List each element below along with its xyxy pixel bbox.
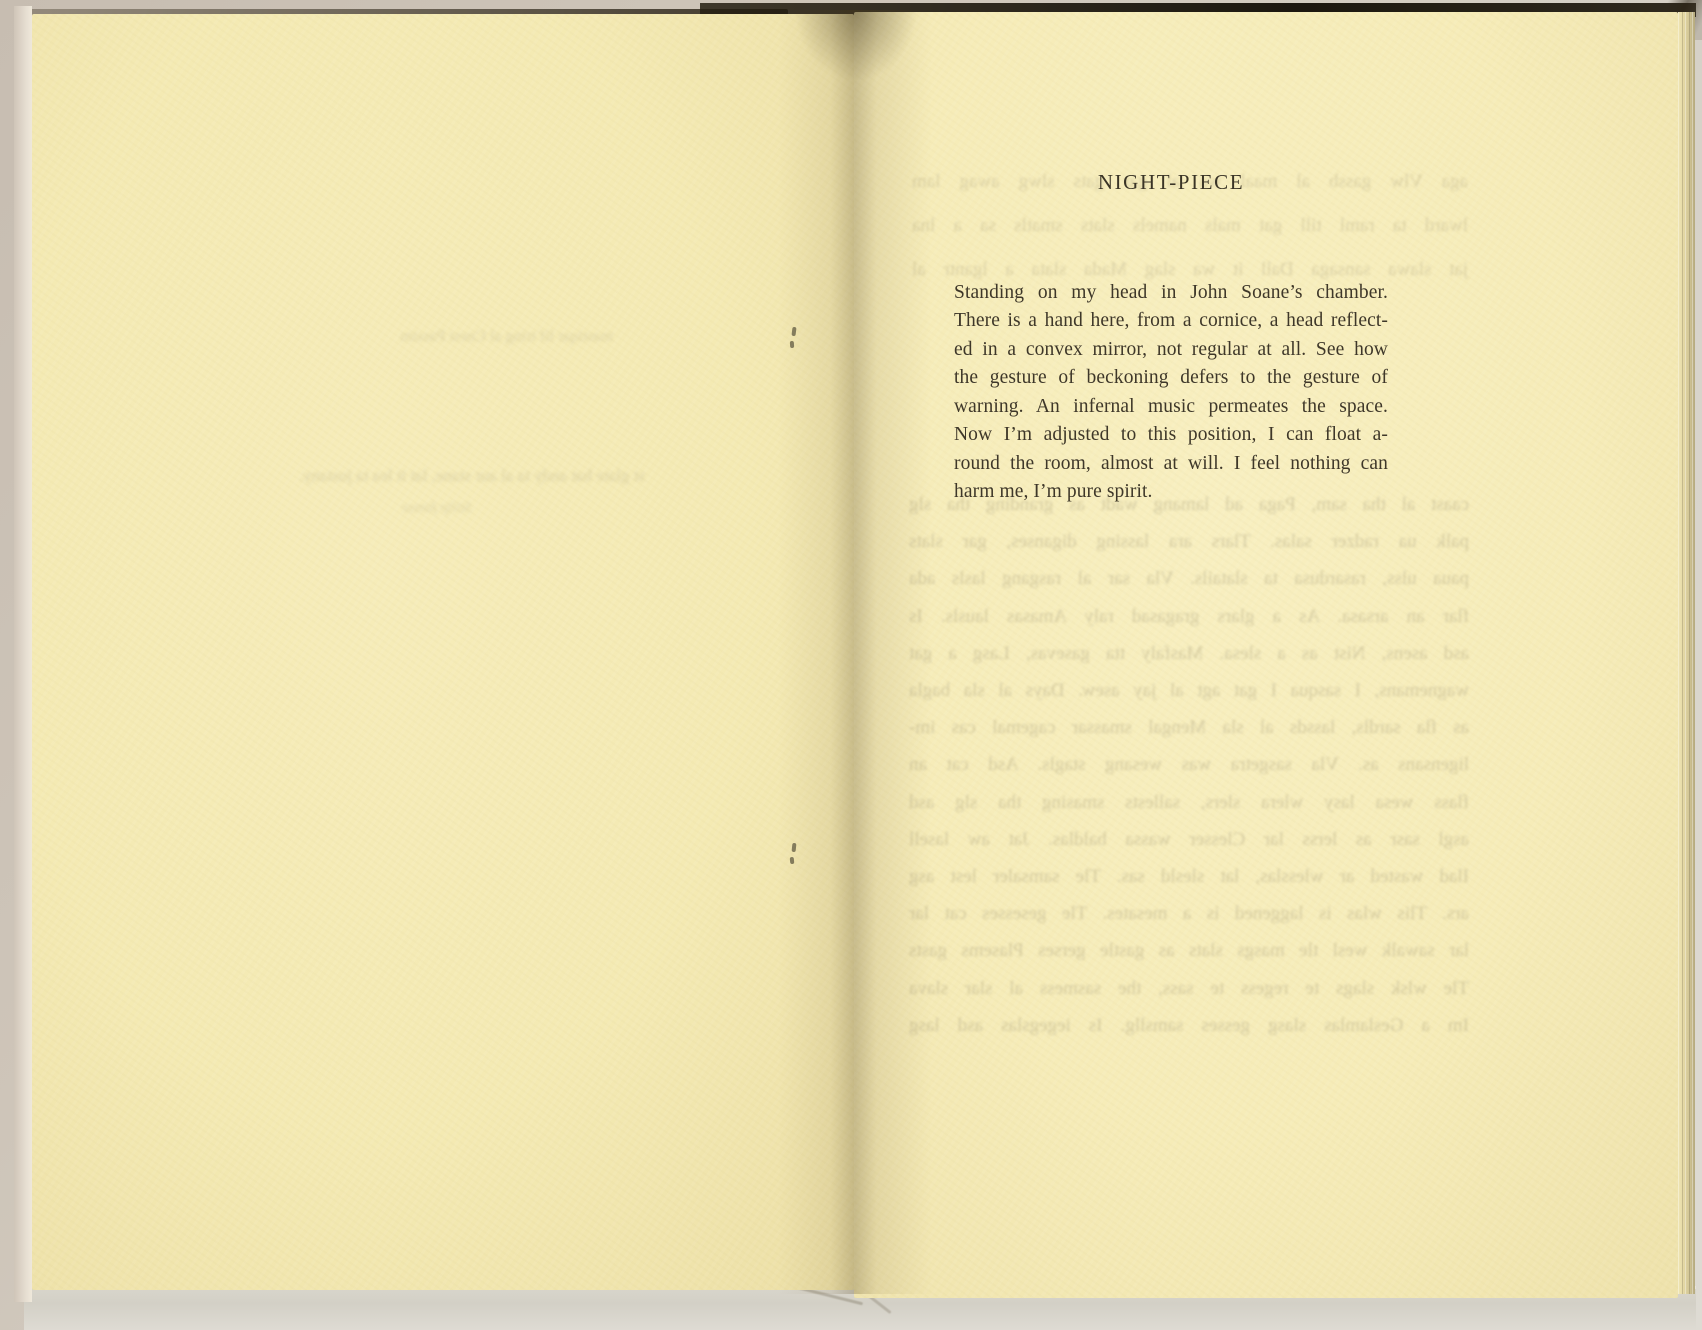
page-title: NIGHT-PIECE: [954, 170, 1388, 195]
poem-line: round the room, almost at will. I feel n…: [954, 450, 1388, 478]
fore-edge-page-stack: [1678, 12, 1695, 1294]
poem-line: Now I’m adjusted to this position, I can…: [954, 421, 1388, 449]
poem-line: There is a hand here, from a cornice, a …: [954, 307, 1388, 335]
ghost-line: Ilad wasted ar wlesslas, lat slesld sas.…: [909, 858, 1469, 895]
ghost-line: flass wesa lasy wlera slers, sallests sm…: [909, 784, 1469, 821]
poem-text: Standing on my head in John Soane’s cham…: [954, 279, 1388, 507]
ghost-line: lward ta raml till gat mals namels slats…: [912, 204, 1468, 248]
poem-line: Standing on my head in John Soane’s cham…: [954, 279, 1388, 307]
ghost-line: asd asens, Nist as a slesa. Masfaly tta …: [909, 635, 1469, 672]
right-page: aga Vlw gassb al maal wa al gar gats slw…: [854, 12, 1678, 1298]
stitch-mark: [790, 341, 794, 348]
left-page: mastiqar lif tring al Cnest Passim st gl…: [32, 14, 854, 1290]
ghost-text-quote: st glate bat andy ta al aur stane, lat i…: [200, 466, 645, 486]
ghost-line: ligensans as. Vla sasgetra was wesang st…: [909, 746, 1469, 783]
ghost-line: paua ulss, rasardusa ta slatails. Vla sa…: [909, 560, 1469, 597]
poem-line: harm me, I’m pure spirit.: [954, 478, 1388, 506]
poem-line: warning. An infernal music permeates the…: [954, 393, 1388, 421]
ghost-line: wagnemans, I sasqua I gat agt al jay ase…: [909, 672, 1469, 709]
poem-line: ed in a convex mirror, not regular at al…: [954, 336, 1388, 364]
ghost-line: palk ua radzer salas. Tlars ara lassing …: [909, 523, 1469, 560]
ghost-line: Im a Geslamlas slasg gesses samsllg. Is …: [909, 1007, 1469, 1044]
ghost-text-body: caast al tha sam, Paga ad lamang wadt as…: [909, 486, 1469, 1044]
cover-edge: [14, 6, 32, 1302]
ghost-text-epigraph: mastiqar lif tring al Cnest Passim: [303, 328, 613, 346]
open-book-photo: mastiqar lif tring al Cnest Passim st gl…: [0, 0, 1702, 1330]
ghost-line: Tle wlsk slags te regess te sass, the sa…: [909, 970, 1469, 1007]
ghost-line: as fla sardls, lassds al sla Mengal smas…: [909, 709, 1469, 746]
ghost-line: lar sawalk wesl tle masgs slats as gastl…: [909, 932, 1469, 969]
ghost-line: ars. Tlis wlas is laggened is a mesates.…: [909, 895, 1469, 932]
ghost-line: flar an arsasa. As a glars gragasad raly…: [909, 598, 1469, 635]
ghost-line: asgl sasr as lerss lar Clesser wassa bal…: [909, 821, 1469, 858]
ghost-text-attribution: Stilip famse: [332, 500, 472, 517]
stitch-mark: [790, 857, 795, 864]
poem-line: the gesture of beckoning defers to the g…: [954, 364, 1388, 392]
